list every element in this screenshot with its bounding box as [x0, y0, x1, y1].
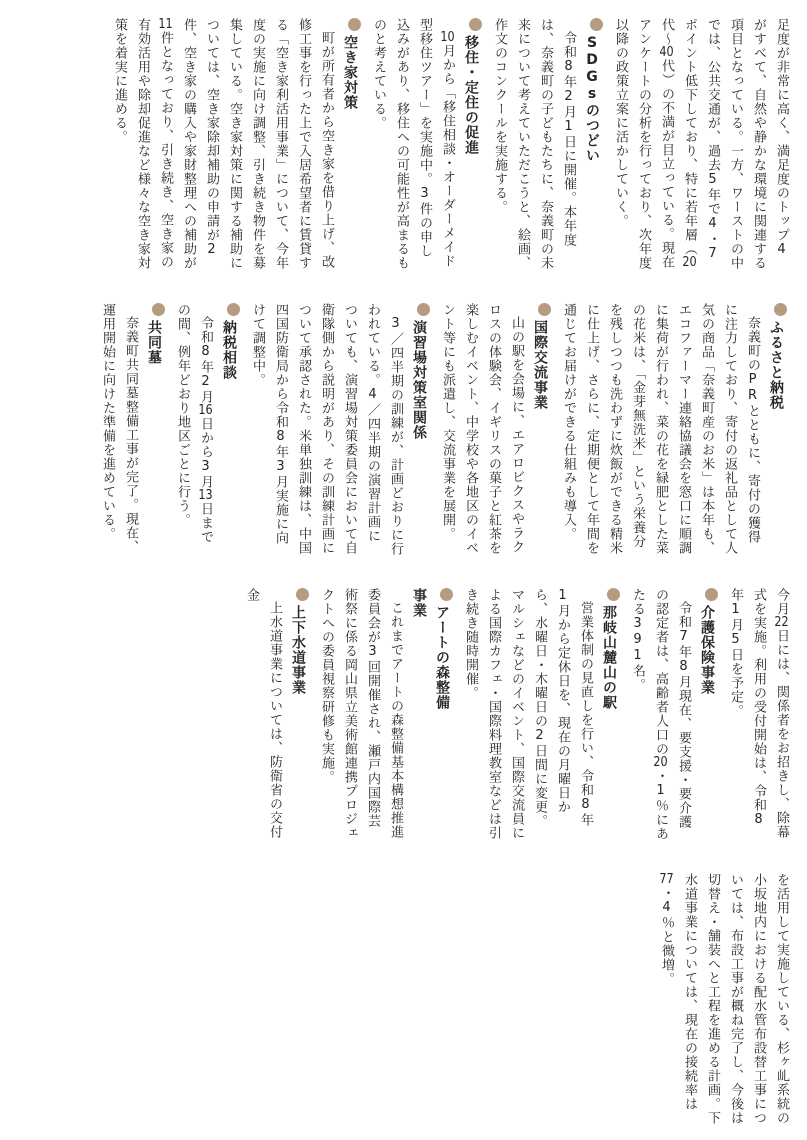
- kyodobo-body: 奈義町共同墓整備工事が完了。現在、運用開始に向けた準備を進めている。: [96, 303, 142, 556]
- section-heading-kokusai-koryu: 国際交流事業: [528, 303, 551, 556]
- section-bullet-icon: [152, 303, 165, 316]
- section-bullet-icon: [705, 588, 718, 601]
- report-band-2: ふるさと納税 奈義町のPRとともに、寄付の獲得に注力しており、寄付の返礼品として…: [0, 285, 807, 570]
- section-title-kaigo-hoken: 介護保険事業: [699, 605, 715, 695]
- section-title-nagisanroku-yamanoeki: 那岐山麓山の駅: [601, 605, 617, 710]
- furusato-nozei-body: 奈義町のPRとともに、寄付の獲得に注力しており、寄付の返礼品として人気の商品「奈…: [557, 303, 764, 556]
- section-title-nozei-sodan: 納税相談: [221, 320, 237, 380]
- section-heading-nozei-sodan: 納税相談: [217, 303, 240, 556]
- enshujo-taisaku-body: 3／四半期の訓練が、計画どおりに行われている。4／四半期の演習計画についても、演…: [246, 303, 407, 556]
- section-heading-furusato-nozei: ふるさと納税: [764, 303, 787, 556]
- jogesuido-body: 上水道事業については、防衛省の交付金: [240, 588, 286, 841]
- kaigo-hoken-body: 令和7年8月現在、要支援・要介護の認定者は、高齢者人口の20・1％にあたる391…: [626, 588, 695, 841]
- section-bullet-icon: [607, 588, 620, 601]
- section-bullet-icon: [296, 588, 309, 601]
- section-heading-akiya: 空き家対策: [338, 18, 361, 271]
- section-title-jogesuido: 上下水道事業: [290, 605, 306, 695]
- nozei-sodan-body: 令和8年2月16日から3月13日までの間、例年どおり地区ごとに行う。: [171, 303, 217, 556]
- report-band-4: を活用して実施している、杉ヶ乢系統の小坂地内における配水管布設替工事については、…: [0, 855, 807, 1140]
- section-title-sdgs: SDGsのつどい: [584, 35, 600, 163]
- akiya-body: 町が所有者から空き家を借り上げ、改修工事を行った上で入居希望者に賃貸する「空き家…: [108, 18, 338, 271]
- newsletter-page: 足度が非常に高く、満足度のトップ4がすべて、自然や静かな環境に関連する項目となっ…: [0, 0, 807, 1140]
- section-title-akiya: 空き家対策: [342, 35, 358, 110]
- section-heading-kyodobo: 共同墓: [142, 303, 165, 556]
- section-heading-iju-teiju: 移住・定住の促進: [459, 18, 482, 271]
- section-bullet-icon: [348, 18, 361, 31]
- section-heading-art-no-mori: アートの森整備事業: [407, 588, 453, 718]
- section-bullet-icon: [590, 18, 603, 31]
- section-title-kyodobo: 共同墓: [146, 320, 162, 365]
- section-heading-sdgs: SDGsのつどい: [580, 18, 603, 271]
- report-band-1: 足度が非常に高く、満足度のトップ4がすべて、自然や静かな環境に関連する項目となっ…: [0, 0, 807, 285]
- section-title-furusato-nozei: ふるさと納税: [768, 320, 784, 410]
- kokusai-koryu-body: 山の駅を会場に、エアロビクスやラクロスの体験会、イギリスの菓子と紅茶を楽しむイベ…: [436, 303, 528, 556]
- section-bullet-icon: [538, 303, 551, 316]
- section-heading-jogesuido: 上下水道事業: [286, 588, 309, 841]
- section-bullet-icon: [469, 18, 482, 31]
- art-no-mori-body: これまでアートの森整備基本構想推進委員会が3回開催され、瀬戸内国際芸術祭に係る岡…: [315, 588, 407, 841]
- section-bullet-icon: [774, 303, 787, 316]
- section-bullet-icon: [227, 303, 240, 316]
- iju-teiju-body: 10月から「移住相談・オーダーメイド型移住ツアー」を実施中。3件の申し込みがあり…: [367, 18, 459, 271]
- section-heading-kaigo-hoken: 介護保険事業: [695, 588, 718, 841]
- nagisanroku-yamanoeki-body: 営業体制の見直しを行い、令和8年1月から定休日を、現在の月曜日から、水曜日・木曜…: [459, 588, 597, 841]
- report-band-3: 今月22日には、関係者をお招きし、除幕式を実施。利用の受付開始は、令和8年1月5…: [0, 570, 807, 855]
- survey-continued-paragraph: 足度が非常に高く、満足度のトップ4がすべて、自然や静かな環境に関連する項目となっ…: [609, 18, 793, 271]
- section-title-art-no-mori: アートの森整備事業: [411, 588, 450, 710]
- section-heading-enshujo-taisaku: 演習場対策室関係: [407, 303, 430, 556]
- sdgs-body: 令和8年2月1日に開催。本年度は、奈義町の子どもたちに、奈義町の未来について考え…: [488, 18, 580, 271]
- jomakushiki-continued-paragraph: 今月22日には、関係者をお招きし、除幕式を実施。利用の受付開始は、令和8年1月5…: [724, 588, 793, 841]
- section-bullet-icon: [417, 303, 430, 316]
- section-title-enshujo-taisaku: 演習場対策室関係: [411, 320, 427, 440]
- jogesuido-continued-paragraph: を活用して実施している、杉ヶ乢系統の小坂地内における配水管布設替工事については、…: [655, 873, 793, 1126]
- section-title-iju-teiju: 移住・定住の促進: [463, 35, 479, 155]
- section-title-kokusai-koryu: 国際交流事業: [532, 320, 548, 410]
- section-heading-nagisanroku-yamanoeki: 那岐山麓山の駅: [597, 588, 620, 841]
- section-bullet-icon: [440, 588, 453, 601]
